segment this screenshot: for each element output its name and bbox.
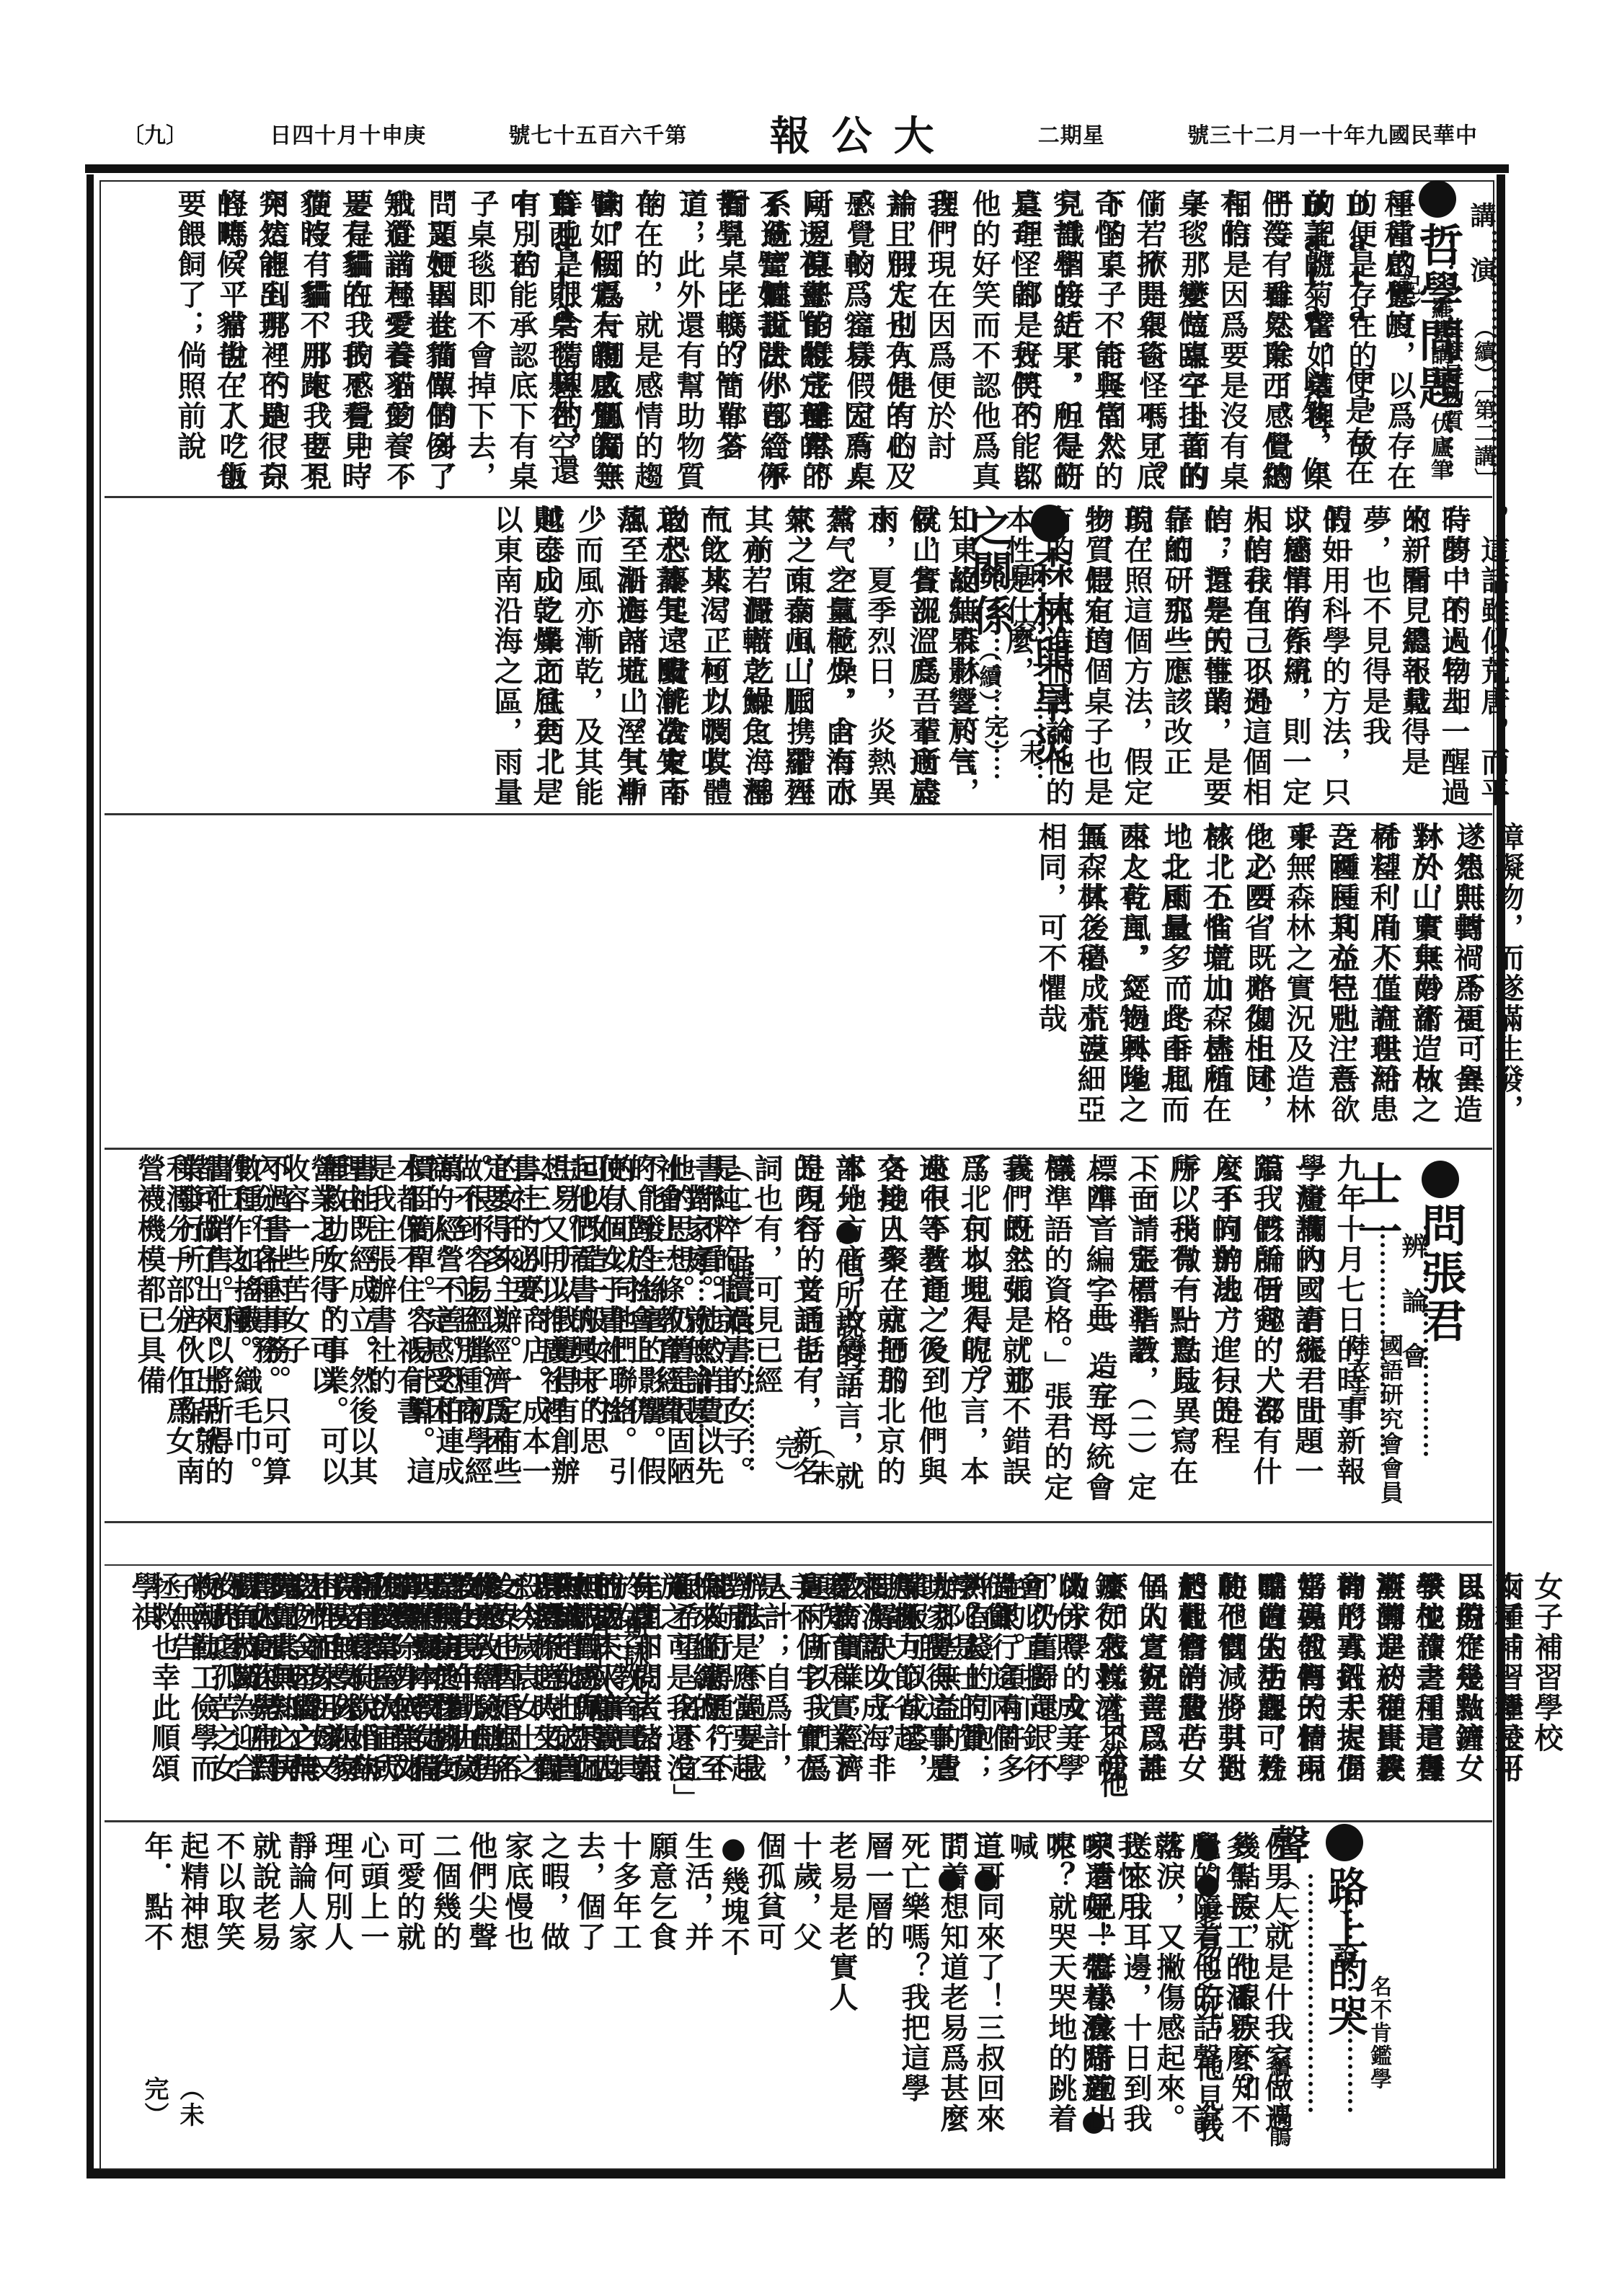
bullet-icon xyxy=(1031,505,1068,542)
bullet-icon xyxy=(1326,1824,1363,1861)
text-column: ●幾塊不 xyxy=(714,1831,753,2155)
band-divider-5 xyxy=(105,1820,1492,1822)
band-divider-1 xyxy=(105,496,1492,498)
page-number: 〔九〕 xyxy=(123,118,187,149)
text-column: 之暇，做 xyxy=(533,1831,572,2155)
bullet-icon xyxy=(1419,180,1456,218)
issue-number: 第千六百五十七號 xyxy=(508,118,687,149)
text-column: 問着想知道老易爲甚麼死亡樂嗎？我把這學 xyxy=(894,1831,972,2155)
band-divider-2 xyxy=(105,813,1492,815)
letter-signature: 名不肯鑑學 xyxy=(1362,1975,1394,2119)
paper-name: 大公報 xyxy=(770,105,956,162)
date-lunar: 庚申十月十四日 xyxy=(270,118,426,149)
text-column: 則已成乾燥之風矣，是以東南沿海之區，雨量 xyxy=(487,505,564,807)
text-column: 無森林之積，小亞細亞相同，可不懼哉 xyxy=(1031,822,1109,1139)
text-column: 老易是老實人 xyxy=(822,1831,861,2155)
end-mark: （未完） xyxy=(768,1435,838,1514)
text-column: 二個幾的 xyxy=(425,1831,464,2155)
band-divider-3 xyxy=(105,1148,1492,1150)
text-column: 的時候，貓也在了，也要餵飼了；倘照前說 xyxy=(170,189,248,492)
text-column: 他們尖聲 xyxy=(461,1831,500,2155)
text-column: 十歲，父 xyxy=(786,1831,825,2155)
date-western: 中華民國九年十一月二十三號 xyxy=(1187,118,1478,149)
bullet-icon xyxy=(1422,1161,1459,1198)
text-column: 靜論人家 xyxy=(281,1831,320,2155)
text-column: 層一層的 xyxy=(858,1831,897,2155)
text-column: 可愛的就 xyxy=(389,1831,428,2155)
text-column: 個孤貧可 xyxy=(750,1831,789,2155)
text-column: 願意乞食 xyxy=(642,1831,681,2155)
band-divider-4b xyxy=(105,1564,1492,1566)
masthead: 〔九〕 庚申十月十四日 第千六百五十七號 大公報 星期二 中華民國九年十一月二十… xyxy=(123,108,1478,159)
text-column: 家底慢也 xyxy=(497,1831,536,2155)
text-column: 學祺 xyxy=(124,1572,163,1809)
text-column: 業發行所。店伙工作，南營襪機模都已具備 xyxy=(130,1153,208,1514)
end-mark: （未完） xyxy=(137,2076,208,2155)
text-column: 十多年工 xyxy=(606,1831,644,2155)
text-column: 就說老易 xyxy=(245,1831,284,2155)
text-column: 理何別人 xyxy=(317,1831,356,2155)
text-column: 是奇怪的，我們不能以他的好笑而不認他爲真 xyxy=(965,189,1042,492)
text-column: 生活，并 xyxy=(678,1831,717,2155)
text-column: 只看見一群小孩子跑出來，就哭天哭地的跳着喊 xyxy=(1002,1831,1119,2155)
text-column: 的新聞，總不見得是夢，也不見得是我 xyxy=(1355,505,1433,807)
text-column: 心頭上一 xyxy=(353,1831,392,2155)
weekday: 星期二 xyxy=(1038,118,1105,149)
text-column: 不以取笑 xyxy=(209,1831,248,2155)
masthead-rule xyxy=(85,164,1509,173)
text-column: 去，個了 xyxy=(570,1831,608,2155)
band-divider-4 xyxy=(105,1521,1492,1523)
